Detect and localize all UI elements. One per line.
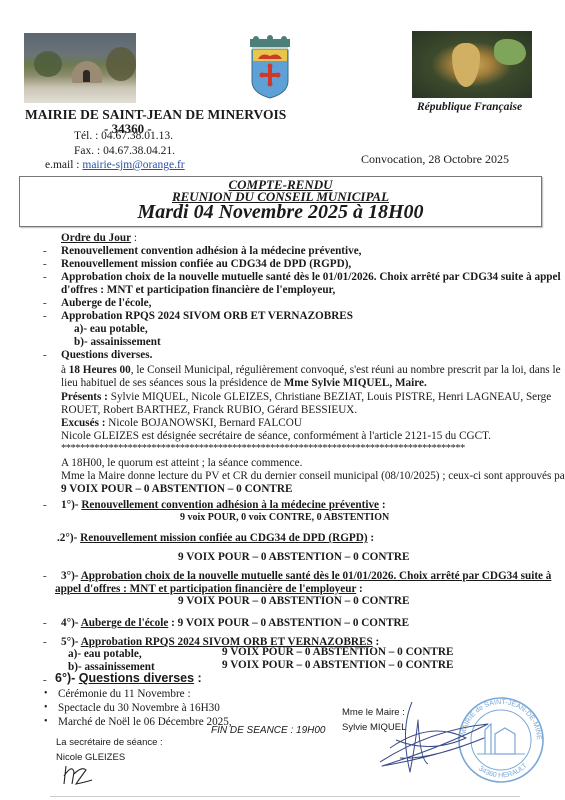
excuses-names: Nicole BOJANOWSKI, Bernard FALCOU	[105, 417, 301, 429]
misc-item: Cérémonie du 11 Novembre :	[58, 688, 191, 701]
end-of-session: FIN DE SEANCE : 19H00	[211, 724, 325, 737]
presents-line-1: Présents : Sylvie MIQUEL, Nicole GLEIZES…	[61, 391, 551, 404]
agenda-item: Approbation RPQS 2024 SIVOM ORB ET VERNA…	[61, 310, 353, 323]
separator: ****************************************…	[61, 442, 465, 455]
deliberation-2: .2°)- Renouvellement mission confiée au …	[57, 532, 374, 545]
dash: -	[43, 297, 47, 309]
deliberation-title: Renouvellement mission confiée au CDG34 …	[80, 532, 367, 544]
misc-item: Marché de Noël le 06 Décembre 2025,	[58, 716, 232, 729]
telephone: Tél. : 04.67.38.01.13.	[74, 130, 173, 142]
deliberation-title: Auberge de l'école	[81, 617, 169, 629]
opening-line-1: à 18 Heures 00, le Conseil Municipal, ré…	[61, 364, 561, 377]
president: Mme Sylvie MIQUEL, Maire.	[284, 377, 427, 389]
quorum-statement: A 18H00, le quorum est atteint ; la séan…	[61, 457, 302, 470]
convocation-date: Convocation, 28 Octobre 2025	[361, 152, 509, 167]
meeting-date: Mardi 04 Novembre 2025 à 18H00	[20, 201, 541, 224]
deliberation-3: 3°)- Approbation choix de la nouvelle mu…	[61, 570, 551, 583]
agenda-item: Auberge de l'école,	[61, 297, 151, 310]
republique-francaise: République Française	[417, 101, 522, 113]
excuses-label: Excusés :	[61, 417, 105, 429]
page-bottom-rule	[50, 796, 520, 797]
vote-result: 9 VOIX POUR – 0 ABSTENTION – 0 CONTRE	[222, 646, 453, 659]
agenda-item: Questions diverses.	[61, 349, 152, 362]
agenda-item: Approbation choix de la nouvelle mutuell…	[61, 271, 561, 284]
vote-result: 9 VOIX POUR – 0 ABSTENTION – 0 CONTRE	[178, 595, 409, 608]
fax: Fax. : 04.67.38.04.21.	[74, 145, 175, 157]
bullet-icon: •	[44, 716, 48, 727]
agenda-item-continued: d'offres : MNT et participation financiè…	[61, 284, 335, 297]
vote-result: 9 VOIX POUR – 0 ABSTENTION – 0 CONTRE	[222, 659, 453, 672]
mayor-signature-icon	[370, 700, 500, 780]
dash: -	[43, 271, 47, 283]
agenda-heading: Ordre du Jour	[61, 232, 131, 244]
email-line: e.mail : mairie-sjm@orange.fr	[45, 159, 185, 171]
deliberation-title: Approbation choix de la nouvelle mutuell…	[81, 570, 552, 582]
presents-names: Sylvie MIQUEL, Nicole GLEIZES, Christian…	[108, 391, 551, 403]
bullet-icon: •	[44, 688, 48, 699]
pv-approval: Mme la Maire donne lecture du PV et CR d…	[61, 470, 565, 483]
email-link[interactable]: mairie-sjm@orange.fr	[82, 159, 184, 171]
dash: -	[43, 570, 47, 582]
agenda-item: Renouvellement mission confiée au CDG34 …	[61, 258, 351, 271]
dry-stone-hut-photo	[24, 33, 136, 103]
grape-vine-photo	[412, 31, 532, 98]
agenda-subitem: b)- assainissement	[74, 336, 161, 349]
agenda-subitem: a)- eau potable,	[74, 323, 148, 336]
misc-item: Spectacle du 30 Novembre à 16H30	[58, 702, 220, 715]
secretary-signature-icon	[60, 762, 100, 790]
dash: -	[43, 636, 47, 648]
dash: -	[43, 499, 47, 511]
bullet-icon: •	[44, 702, 48, 713]
opening-time: 18 Heures 00	[69, 364, 131, 376]
presents-label: Présents :	[61, 391, 108, 403]
mairie-name: MAIRIE DE SAINT-JEAN DE MINERVOIS	[25, 107, 286, 123]
vote-result: 9 VOIX POUR – 0 ABSTENTION – 0 CONTRE	[178, 551, 409, 564]
deliberation-title: Renouvellement convention adhésion à la …	[81, 499, 379, 511]
dash: -	[43, 674, 47, 686]
deliberation-4: 4°)- Auberge de l'école : 9 VOIX POUR – …	[61, 617, 409, 630]
opening-line-2: lieu habituel de ses séances sous la pré…	[61, 377, 427, 390]
email-label: e.mail :	[45, 159, 82, 171]
presents-line-2: ROUET, Robert BARTHEZ, Franck RUBIO, Gér…	[61, 404, 357, 417]
vote-result: 9 voix POUR, 0 voix CONTRE, 0 ABSTENTION	[180, 511, 389, 524]
excuses-line: Excusés : Nicole BOJANOWSKI, Bernard FAL…	[61, 417, 302, 430]
agenda-heading-line: Ordre du Jour :	[61, 232, 137, 245]
agenda-item: Renouvellement convention adhésion à la …	[61, 245, 361, 258]
vote-result: : 9 VOIX POUR – 0 ABSTENTION – 0 CONTRE	[168, 617, 409, 629]
dash: -	[43, 349, 47, 361]
dash: -	[43, 258, 47, 270]
dash: -	[43, 617, 47, 629]
dash: -	[43, 245, 47, 257]
deliberation-6: 6°)- Questions diverses :	[55, 672, 202, 685]
sub-item-label: a)- eau potable,	[68, 648, 142, 661]
coat-of-arms-icon	[248, 35, 292, 99]
title-box: COMPTE-RENDU REUNION DU CONSEIL MUNICIPA…	[19, 176, 542, 227]
dash: -	[43, 310, 47, 322]
deliberation-title: Questions diverses	[79, 671, 194, 685]
pv-vote: 9 VOIX POUR – 0 ABSTENTION – 0 CONTRE	[61, 483, 292, 496]
secretary-label: La secrétaire de séance :	[56, 737, 163, 748]
